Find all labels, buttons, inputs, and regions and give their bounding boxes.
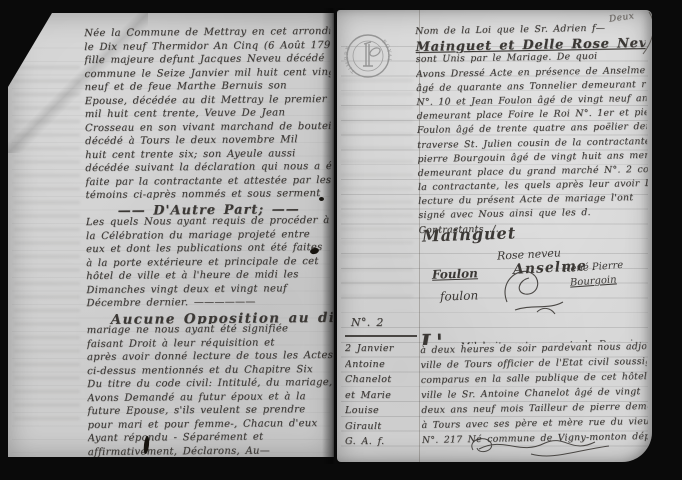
margin-separator <box>345 335 417 337</box>
act2-margin-notes: N°. 2 2 JanvierAntoineChanelotet MarieLo… <box>345 316 419 452</box>
signature-foulon-2: foulon <box>440 288 479 303</box>
left-page: Née la Commune de Mettray en cet arrondi… <box>8 13 334 457</box>
handwritten-line: affirmativement, Déclarons, Au— <box>88 444 334 457</box>
handwritten-line: Chanelot <box>345 374 419 390</box>
act2-text: L'an Mil huit cent quarante le Deux janv… <box>420 326 648 450</box>
handwritten-line: Antoine <box>345 359 419 375</box>
signature-foulon-1: Foulon <box>432 266 478 282</box>
margin-note-lines: 2 JanvierAntoineChanelotet MarieLouiseGi… <box>345 343 419 452</box>
ink-blot <box>319 197 324 201</box>
scanned-register-spread: { "colors":{"bg":"#0a0a0a","paper-left":… <box>0 0 682 480</box>
handwritten-line: Girault <box>345 421 419 437</box>
ink-bleedthrough <box>341 70 413 300</box>
handwritten-line: Louise <box>345 405 419 421</box>
officer-paraph-icon <box>497 262 577 318</box>
handwritten-line: Aucune Opposition au dit <box>87 309 333 325</box>
royal-stamp-icon: TIMBRE ROYAL <box>344 32 392 80</box>
act-number: N°. 2 <box>345 316 419 329</box>
act1-text: Nom de la Loi que le Sr. Adrien f—Maingu… <box>415 22 649 239</box>
left-page-text: Née la Commune de Mettray en cet arrondi… <box>84 26 334 457</box>
signature-mainguet: Mainguet <box>422 223 517 245</box>
handwritten-line: 2 Janvier <box>345 343 419 359</box>
handwritten-line: et Marie <box>345 390 419 406</box>
closing-flourish-icon <box>467 434 617 460</box>
right-page: Deux TIMBRE ROYAL Nom de la Loi que le S… <box>337 10 652 462</box>
handwritten-line: G. A. f. <box>345 436 419 452</box>
